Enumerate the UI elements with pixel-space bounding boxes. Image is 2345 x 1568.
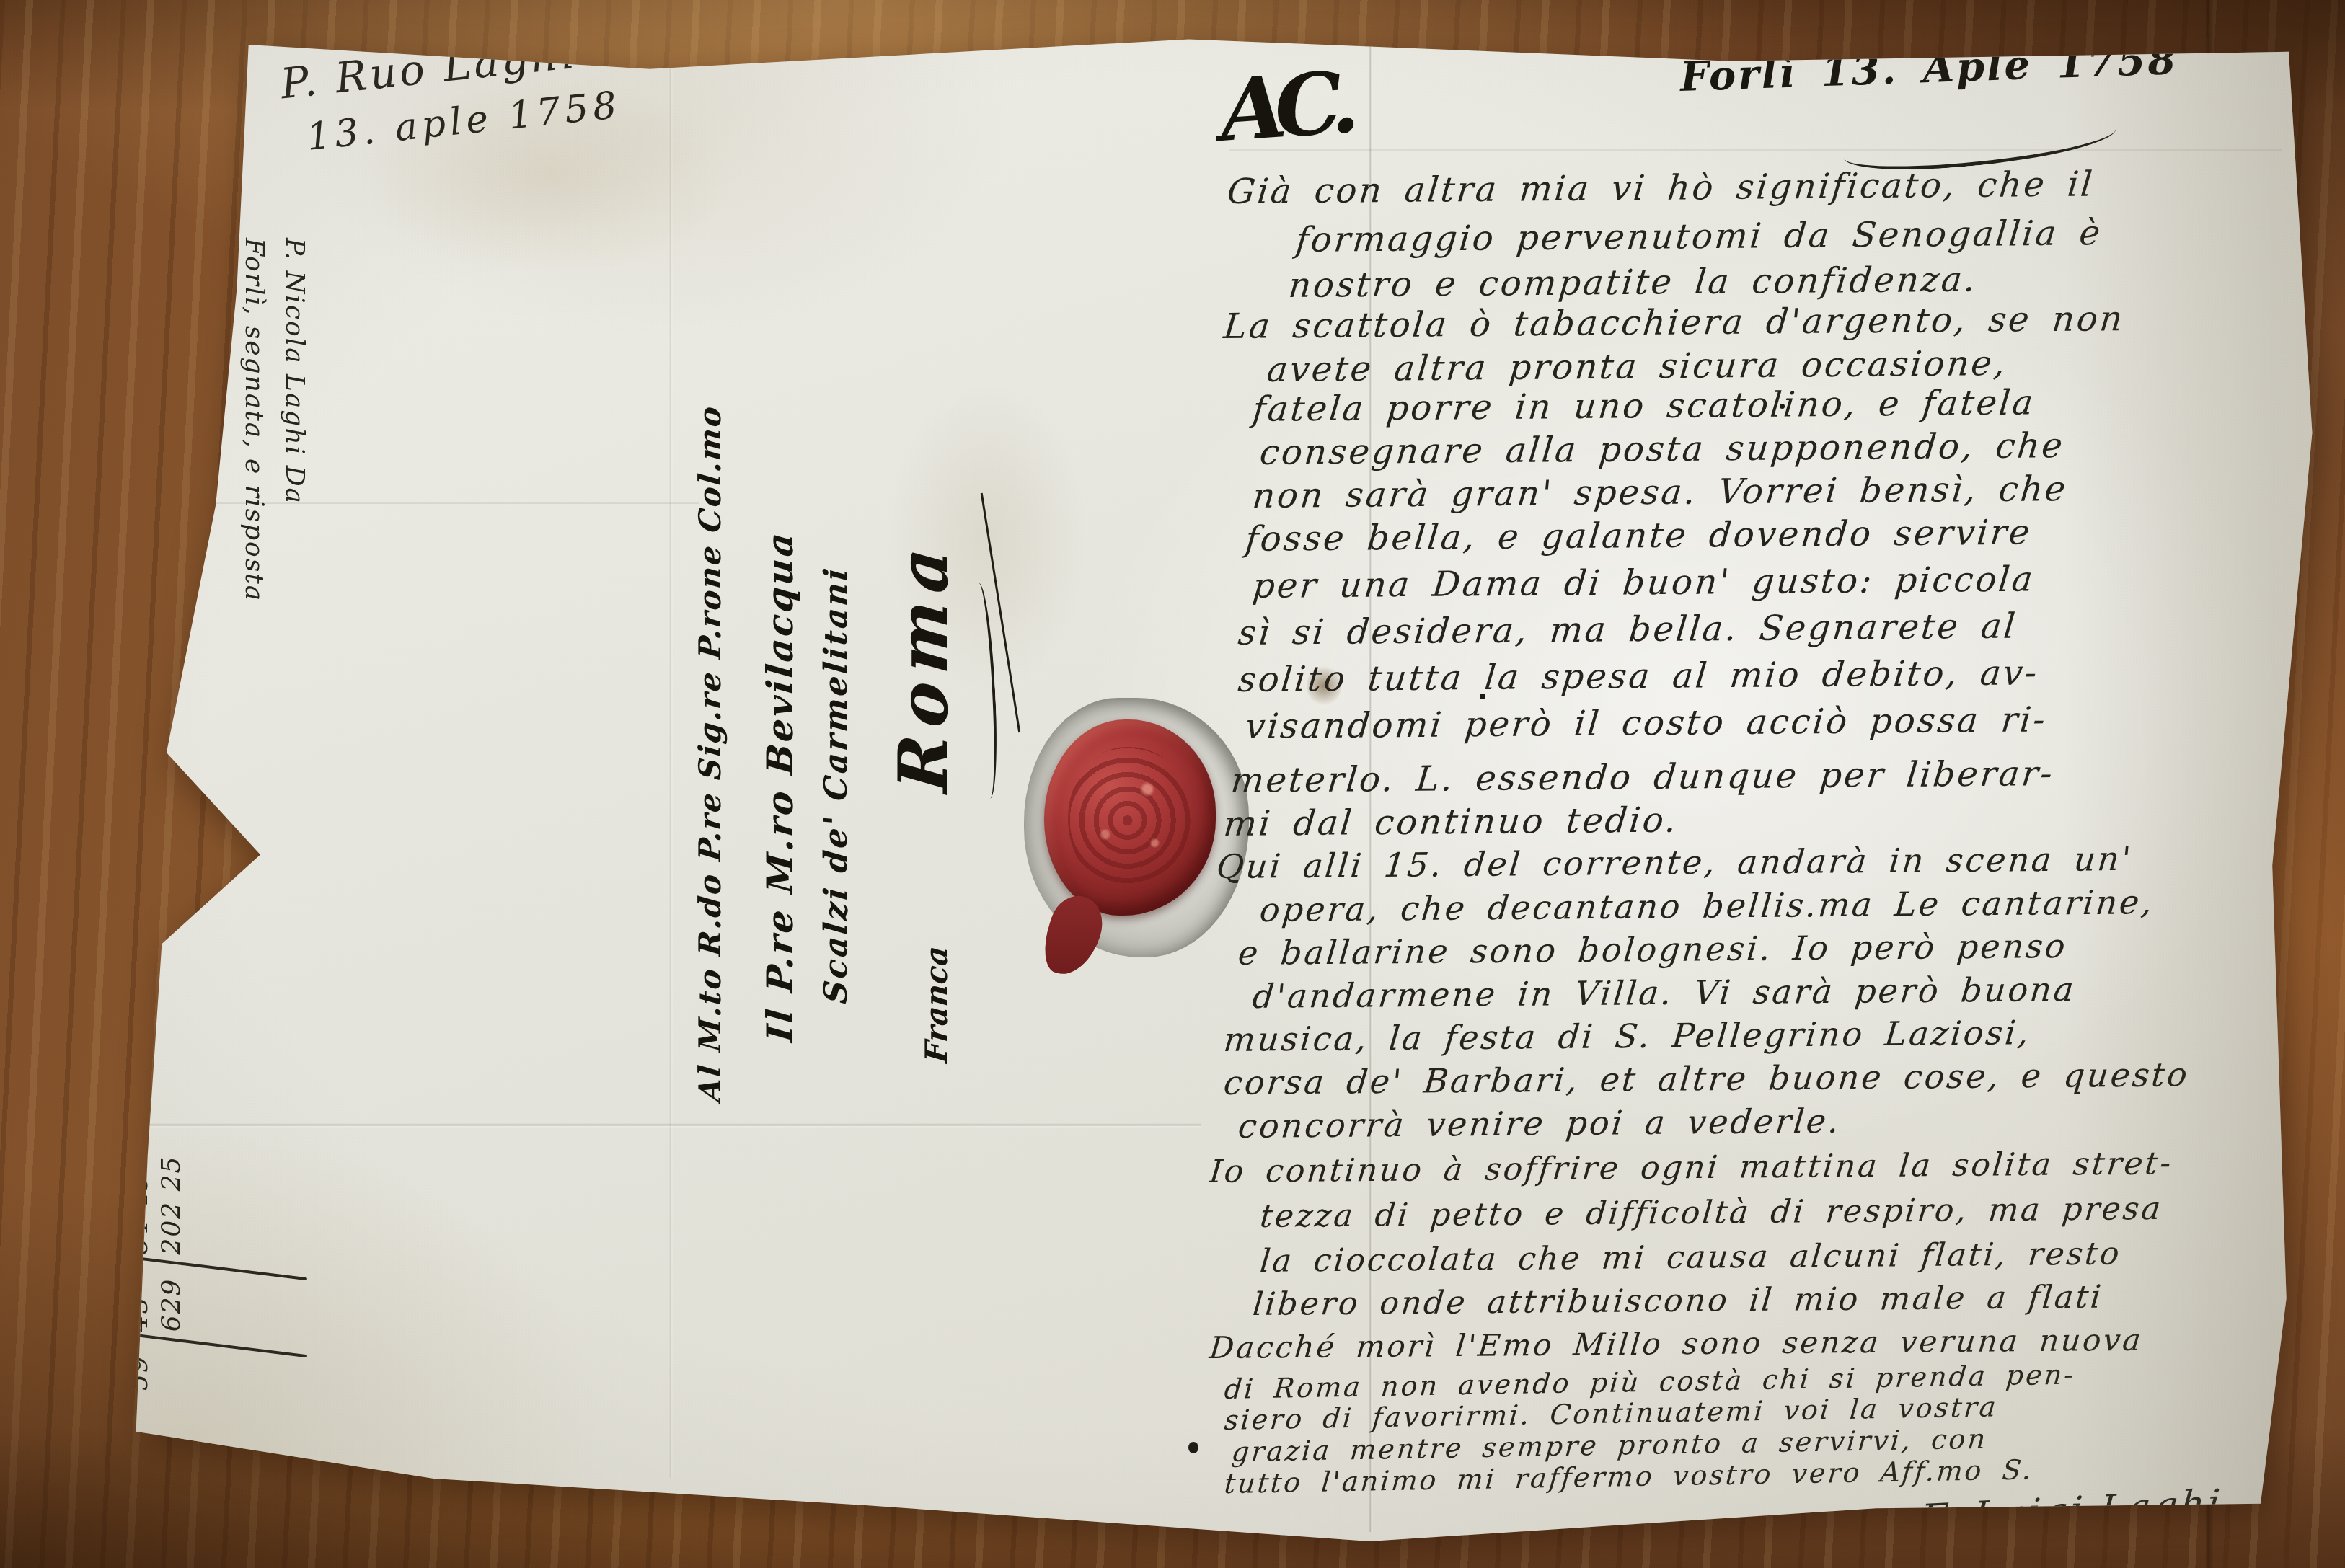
letter-line: formaggio pervenutomi da Senogallia è: [1294, 213, 2104, 260]
calc-column: 1643629: [92, 1277, 186, 1332]
calc-number: 208 25–: [92, 1141, 121, 1255]
letter-line: concorrà venire poi a vederle.: [1237, 1102, 1843, 1146]
letter-line: libero onde attribuiscono il mio male a …: [1251, 1279, 2105, 1323]
calc-number: 43: [124, 1277, 154, 1332]
letter-line: per una Dama di buon' gusto: piccola: [1251, 559, 2037, 606]
letter-line: La scattola ò tabacchiera d'argento, se …: [1222, 298, 2127, 347]
letter-line: mi dal continuo tedio.: [1222, 800, 1680, 844]
letter-line: fosse bella, e galante dovendo servire: [1244, 512, 2034, 559]
arithmetic-scribbles: 5659 1643629 208 25–84-49202 25: [91, 1130, 361, 1391]
letter-line: visandomi però il costo acciò possa ri-: [1244, 699, 2049, 747]
calc-column: 5659: [92, 1355, 154, 1391]
letter-line: nostro e compatite la confidenza.: [1287, 260, 1979, 306]
letter-paper: P. Ruo Laghi 13. aple 1758 AC. Forlì 13.…: [0, 0, 2345, 1568]
letter-line: e ballarine sono bolognesi. Io però pens…: [1237, 926, 2070, 973]
photo-scene: P. Ruo Laghi 13. aple 1758 AC. Forlì 13.…: [0, 0, 2345, 1568]
letter-line: musica, la festa di S. Pellegrino Lazios…: [1222, 1013, 2033, 1059]
calc-number: 629: [156, 1277, 186, 1332]
division-stroke: [92, 1252, 307, 1281]
calc-column: 208 25–84-49202 25: [92, 1141, 186, 1255]
letter-line: Io continuo à soffrire ogni mattina la s…: [1208, 1145, 2175, 1190]
calc-number: 56: [92, 1355, 121, 1391]
letter-line: Qui alli 15. del corrente, andarà in sce…: [1215, 839, 2134, 886]
division-stroke: [92, 1329, 307, 1358]
letter-line: consegnare alla posta supponendo, che: [1258, 425, 2067, 473]
letter-line: non sarà gran' spesa. Vorrei bensì, che: [1251, 469, 2070, 516]
letter-line: fatela porre in uno scatolino, e fatela: [1251, 383, 2037, 430]
letter-line: opera, che decantano bellis.ma Le cantar…: [1258, 882, 2156, 929]
calc-number: 16: [92, 1277, 121, 1332]
letter-line: Già con altra mia vi hò significato, che…: [1226, 164, 2096, 212]
letter-line: d'andarmene in Villa. Vi sarà però buona: [1251, 970, 2077, 1016]
letter-line: meterlo. L. essendo dunque per liberar-: [1229, 753, 2057, 801]
calc-number: 84-49: [124, 1141, 154, 1255]
paper-shadow: P. Ruo Laghi 13. aple 1758 AC. Forlì 13.…: [0, 0, 2345, 1568]
letter-line: sì si desidera, ma bella. Segnarete al: [1237, 606, 2019, 653]
letter-line: corsa de' Barbari, et altre buone cose, …: [1222, 1055, 2191, 1102]
calc-number: 202 25: [156, 1141, 186, 1255]
letter-line: la cioccolata che mi causa alcuni flati,…: [1258, 1236, 2123, 1280]
letter-line: tezza di petto e difficoltà di respiro, …: [1258, 1190, 2164, 1235]
letter-line: Dacché morì l'Emo Millo sono senza verun…: [1208, 1322, 2145, 1365]
letter-line: solito tutta la spesa al mio debito, av-: [1237, 652, 2041, 700]
calc-number: 59: [124, 1355, 154, 1391]
